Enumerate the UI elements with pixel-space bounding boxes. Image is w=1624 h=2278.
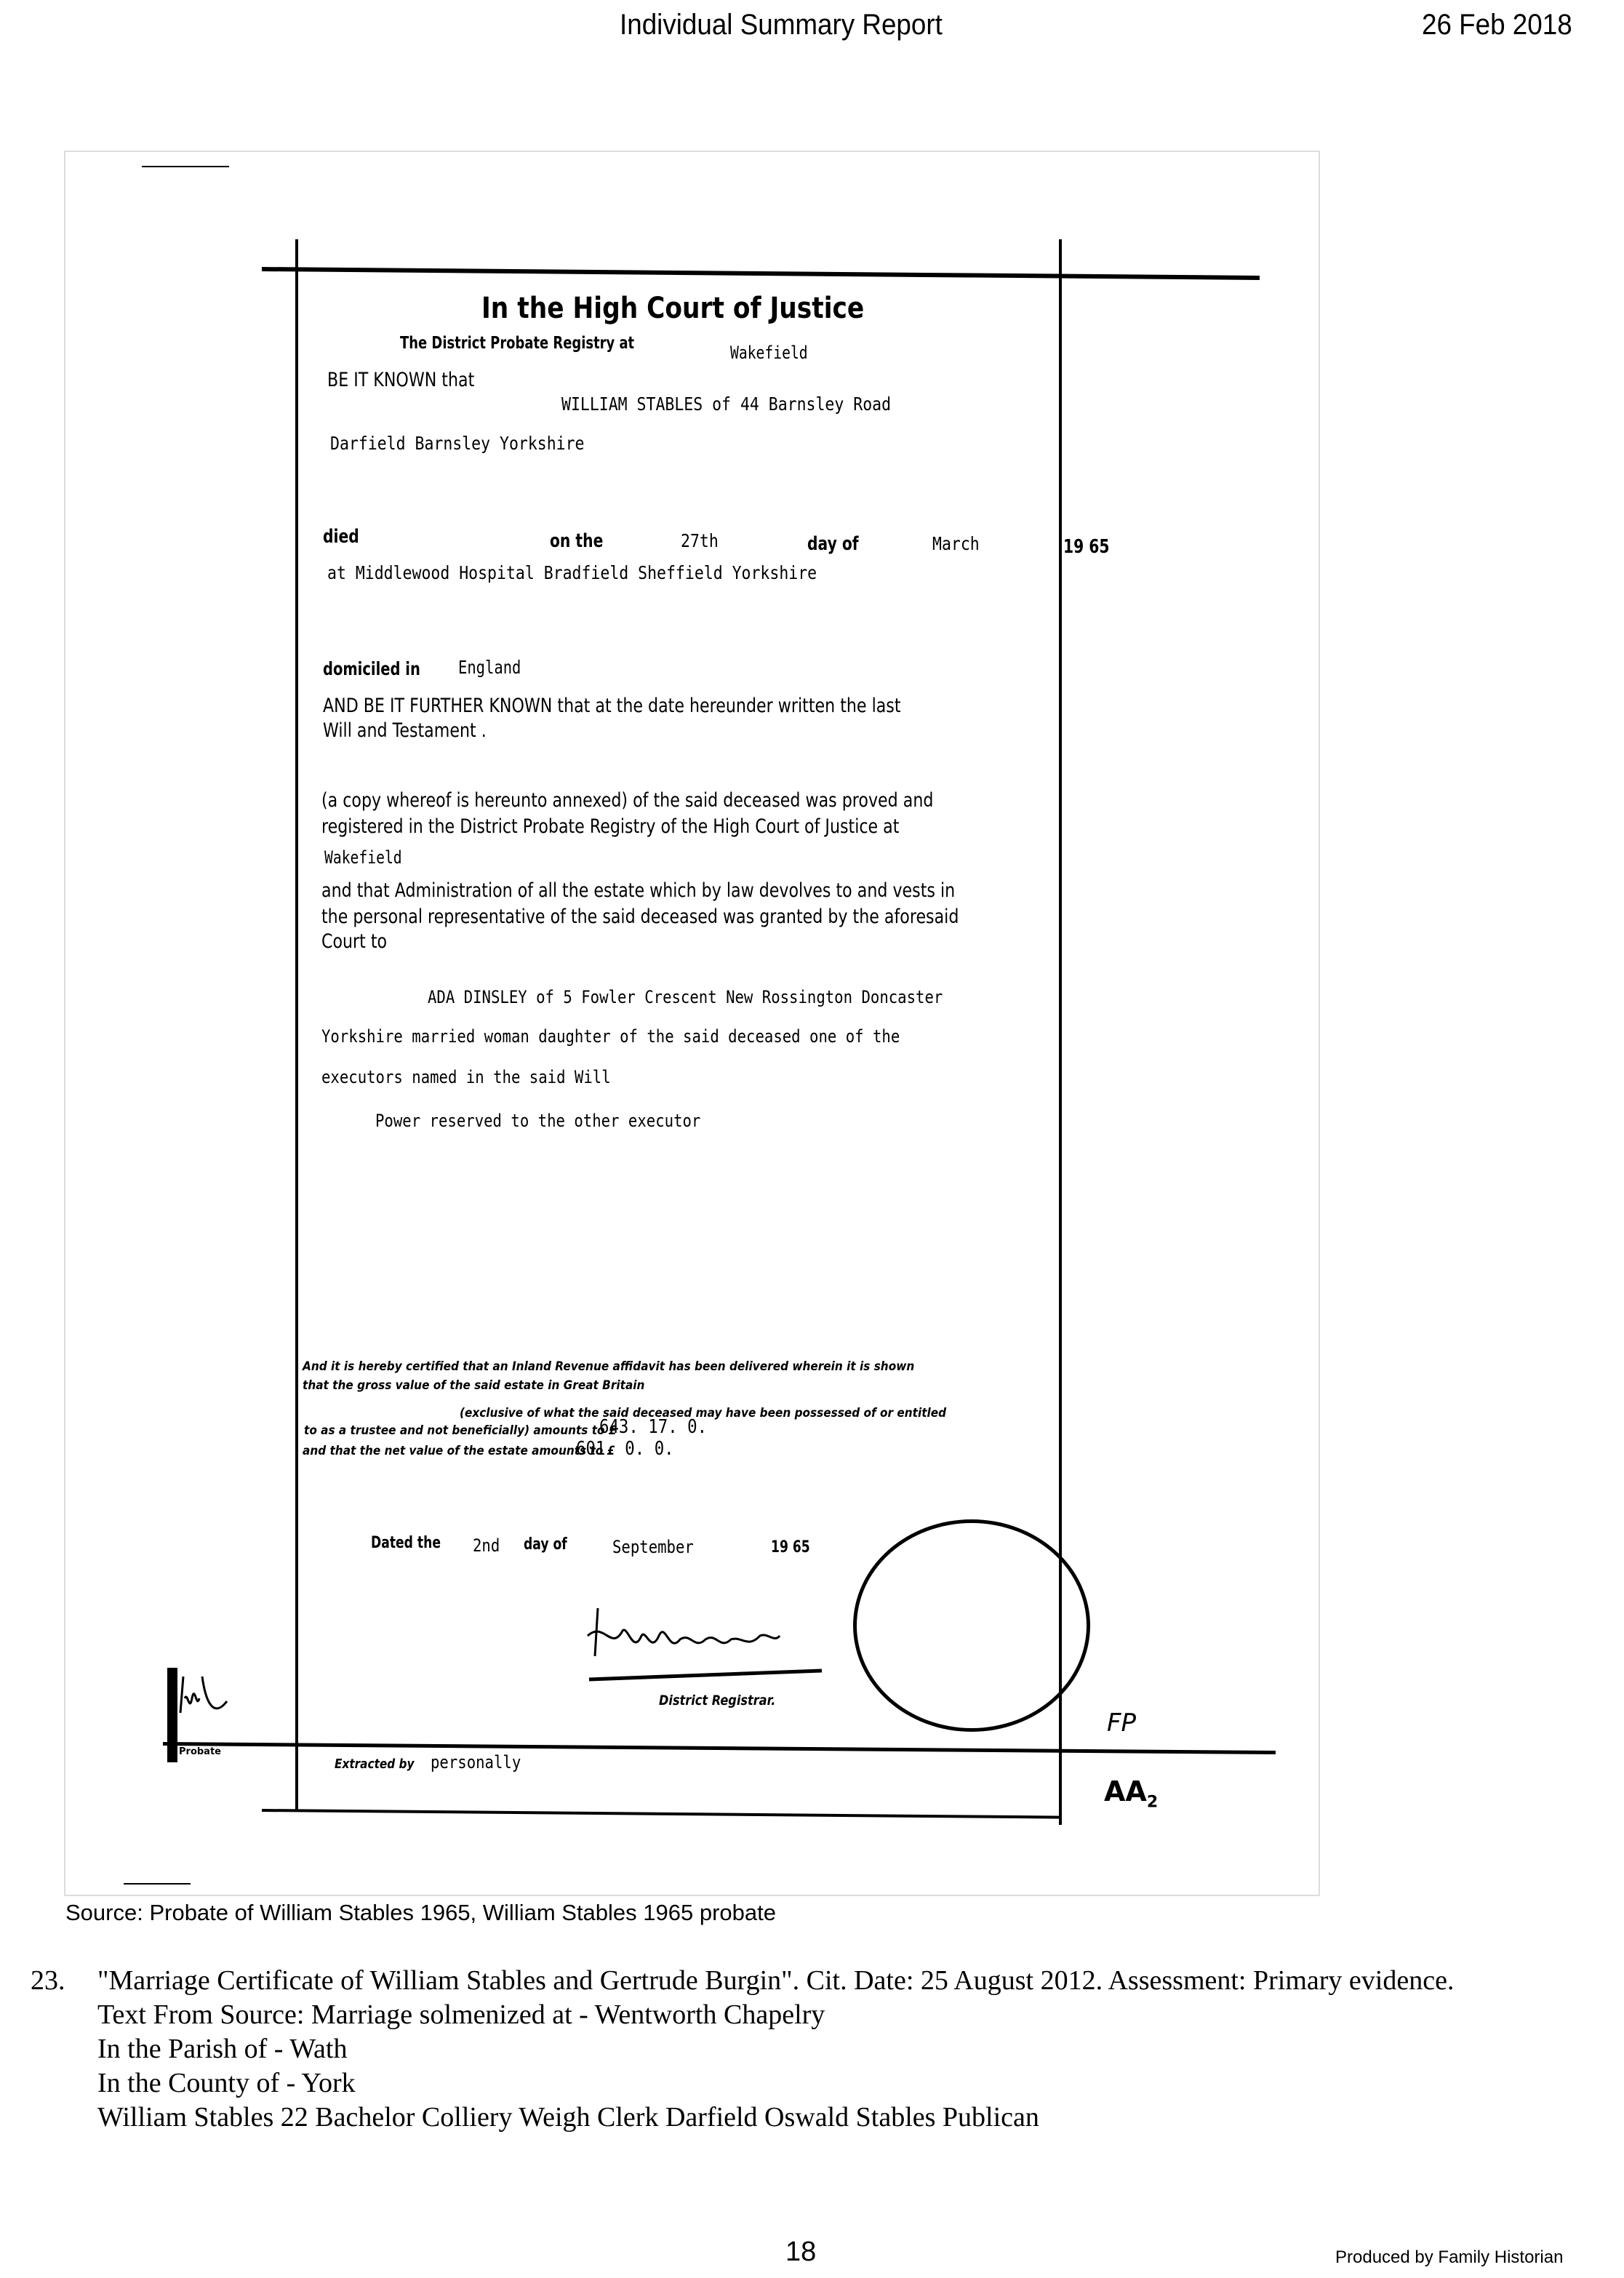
- grantee-line1: ADA DINSLEY of 5 Fowler Crescent New Ros…: [428, 987, 943, 1007]
- dated-day-of: day of: [524, 1535, 567, 1554]
- registrar-label: District Registrar.: [659, 1692, 775, 1708]
- cert-line5: and that the net value of the estate amo…: [303, 1444, 615, 1458]
- copy-place: Wakefield: [324, 847, 402, 868]
- citation-number: 23.: [31, 1964, 65, 1998]
- admin-line1: and that Administration of all the estat…: [321, 879, 955, 902]
- citation-county: In the County of - York: [97, 2066, 1558, 2101]
- admin-line3: Court to: [321, 930, 387, 953]
- on-the-label: on the: [550, 530, 603, 552]
- base-rule: [262, 1809, 1062, 1819]
- be-it-known: BE IT KNOWN that: [327, 369, 474, 391]
- grantee-line2: Yorkshire married woman daughter of the …: [321, 1026, 900, 1047]
- dated-day: 2nd: [473, 1535, 500, 1556]
- copy-line2: registered in the District Probate Regis…: [321, 815, 899, 838]
- dated-month: September: [612, 1537, 694, 1557]
- citation-23: 23. "Marriage Certificate of William Sta…: [31, 1964, 1558, 2135]
- registrar-signature: [582, 1599, 829, 1687]
- extracted-label: Extracted by: [335, 1757, 414, 1772]
- further-known-line1: AND BE IT FURTHER KNOWN that at the date…: [323, 695, 901, 717]
- net-value: 601. 0. 0.: [576, 1438, 674, 1460]
- further-known-line2: Will and Testament .: [323, 719, 487, 742]
- report-title: Individual Summary Report: [620, 9, 943, 41]
- produced-by: Produced by Family Historian: [1335, 2247, 1563, 2268]
- page-number: 18: [785, 2237, 816, 2268]
- death-month: March: [932, 533, 980, 554]
- probate-document: In the High Court of Justice The Distric…: [65, 152, 1319, 1895]
- margin-initials-signature: [176, 1669, 234, 1735]
- day-of-label: day of: [807, 533, 859, 555]
- death-day: 27th: [681, 530, 719, 551]
- citation-parish: In the Parish of - Wath: [97, 2032, 1558, 2066]
- deceased-address: Darfield Barnsley Yorkshire: [330, 433, 584, 454]
- form-code-main: AA: [1104, 1775, 1147, 1807]
- grantee-line3: executors named in the said Will: [321, 1067, 611, 1087]
- cert-line2: that the gross value of the said estate …: [303, 1378, 644, 1393]
- copy-line1: (a copy whereof is hereunto annexed) of …: [321, 789, 933, 812]
- cert-line1: And it is hereby certified that an Inlan…: [303, 1359, 914, 1374]
- death-place: at Middlewood Hospital Bradfield Sheffie…: [327, 562, 817, 583]
- dated-label: Dated the: [371, 1534, 441, 1552]
- deceased-name: WILLIAM STABLES of 44 Barnsley Road: [561, 393, 891, 415]
- domiciled-label: domiciled in: [323, 658, 420, 679]
- report-date: 26 Feb 2018: [1422, 9, 1572, 41]
- scan-mark: [124, 1883, 191, 1885]
- death-year: 19 65: [1063, 536, 1110, 558]
- margin-stamp-text: Probate: [179, 1746, 221, 1757]
- court-seal-circle: [853, 1519, 1090, 1732]
- admin-line2: the personal representative of the said …: [321, 906, 959, 928]
- top-rule: [262, 267, 1260, 280]
- power-reserved: Power reserved to the other executor: [375, 1111, 700, 1131]
- domicile: England: [458, 657, 521, 678]
- gross-value: 643. 17. 0.: [599, 1416, 707, 1438]
- left-rule: [295, 239, 298, 1810]
- court-title: In the High Court of Justice: [481, 292, 864, 325]
- bottom-rule: [163, 1742, 1276, 1754]
- registry-place: Wakefield: [730, 343, 808, 363]
- citation-title: "Marriage Certificate of William Stables…: [97, 1964, 1558, 1998]
- died-label: died: [323, 526, 359, 548]
- scan-mark: [142, 166, 229, 167]
- handwritten-initials: FP: [1107, 1708, 1136, 1738]
- dated-year: 19 65: [771, 1538, 810, 1556]
- extracted-value: personally: [431, 1752, 521, 1773]
- form-code-sub: 2: [1147, 1794, 1158, 1812]
- cert-line4: to as a trustee and not beneficially) am…: [304, 1423, 617, 1438]
- probate-scan-image: In the High Court of Justice The Distric…: [64, 151, 1320, 1896]
- citation-details: William Stables 22 Bachelor Colliery Wei…: [97, 2101, 1558, 2135]
- registry-label: The District Probate Registry at: [400, 334, 634, 353]
- citation-text-source: Text From Source: Marriage solmenized at…: [97, 1998, 1558, 2032]
- image-caption: Source: Probate of William Stables 1965,…: [65, 1900, 776, 1926]
- form-code: AA2: [1104, 1775, 1158, 1812]
